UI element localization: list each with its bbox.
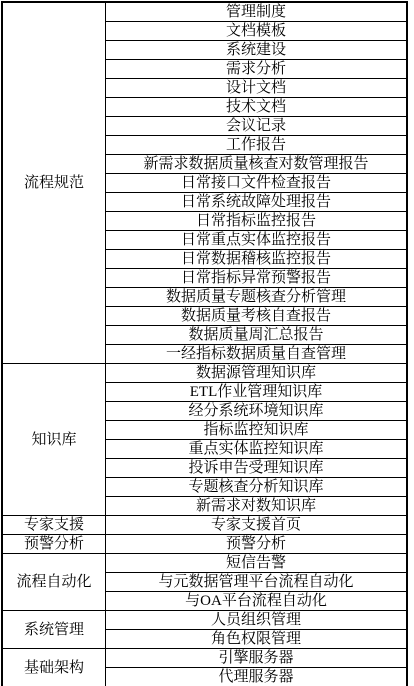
item-cell: 日常重点实体监控报告 (106, 231, 408, 250)
item-cell: 工作报告 (106, 136, 408, 155)
item-cell: 与元数据管理平台流程自动化 (106, 573, 408, 592)
item-cell: 重点实体监控知识库 (106, 440, 408, 459)
item-cell: ETL作业管理知识库 (106, 383, 408, 402)
item-cell: 日常数据稽核监控报告 (106, 250, 408, 269)
table-row: 系统管理人员组织管理 (2, 611, 407, 630)
table-row: 知识库数据源管理知识库 (2, 364, 407, 383)
item-cell: 会议记录 (106, 117, 408, 136)
item-cell: 文档模板 (106, 22, 408, 41)
item-cell: 设计文档 (106, 79, 408, 98)
item-cell: 经分系统环境知识库 (106, 402, 408, 421)
item-cell: 代理服务器 (106, 668, 408, 686)
item-cell: 技术文档 (106, 98, 408, 117)
sitemap-table-body: 流程规范管理制度文档模板系统建设需求分析设计文档技术文档会议记录工作报告新需求数… (2, 2, 407, 686)
item-cell: 数据质量周汇总报告 (106, 326, 408, 345)
item-cell: 短信告警 (106, 554, 408, 573)
item-cell: 引擎服务器 (106, 649, 408, 668)
item-cell: 专题核查分析知识库 (106, 478, 408, 497)
category-cell: 预警分析 (2, 535, 106, 554)
item-cell: 预警分析 (106, 535, 408, 554)
item-cell: 角色权限管理 (106, 630, 408, 649)
item-cell: 数据质量考核自查报告 (106, 307, 408, 326)
category-cell: 系统管理 (2, 611, 106, 649)
item-cell: 日常接口文件检查报告 (106, 174, 408, 193)
item-cell: 数据质量专题核查分析管理 (106, 288, 408, 307)
category-cell: 流程规范 (2, 2, 106, 364)
table-row: 流程规范管理制度 (2, 2, 407, 22)
item-cell: 人员组织管理 (106, 611, 408, 630)
category-cell: 知识库 (2, 364, 106, 516)
item-cell: 投诉申告受理知识库 (106, 459, 408, 478)
item-cell: 新需求对数知识库 (106, 497, 408, 516)
table-row: 基础架构引擎服务器 (2, 649, 407, 668)
item-cell: 指标监控知识库 (106, 421, 408, 440)
category-cell: 流程自动化 (2, 554, 106, 611)
category-cell: 专家支援 (2, 516, 106, 535)
item-cell: 新需求数据质量核查对数管理报告 (106, 155, 408, 174)
table-row: 专家支援专家支援首页 (2, 516, 407, 535)
item-cell: 需求分析 (106, 60, 408, 79)
item-cell: 数据源管理知识库 (106, 364, 408, 383)
item-cell: 一经指标数据质量自查管理 (106, 345, 408, 364)
item-cell: 日常指标监控报告 (106, 212, 408, 231)
sitemap-table: 流程规范管理制度文档模板系统建设需求分析设计文档技术文档会议记录工作报告新需求数… (1, 1, 408, 686)
table-row: 预警分析预警分析 (2, 535, 407, 554)
category-cell: 基础架构 (2, 649, 106, 686)
item-cell: 专家支援首页 (106, 516, 408, 535)
item-cell: 系统建设 (106, 41, 408, 60)
table-row: 流程自动化短信告警 (2, 554, 407, 573)
item-cell: 管理制度 (106, 2, 408, 22)
item-cell: 与OA平台流程自动化 (106, 592, 408, 611)
page: 流程规范管理制度文档模板系统建设需求分析设计文档技术文档会议记录工作报告新需求数… (0, 0, 414, 686)
item-cell: 日常指标异常预警报告 (106, 269, 408, 288)
item-cell: 日常系统故障处理报告 (106, 193, 408, 212)
